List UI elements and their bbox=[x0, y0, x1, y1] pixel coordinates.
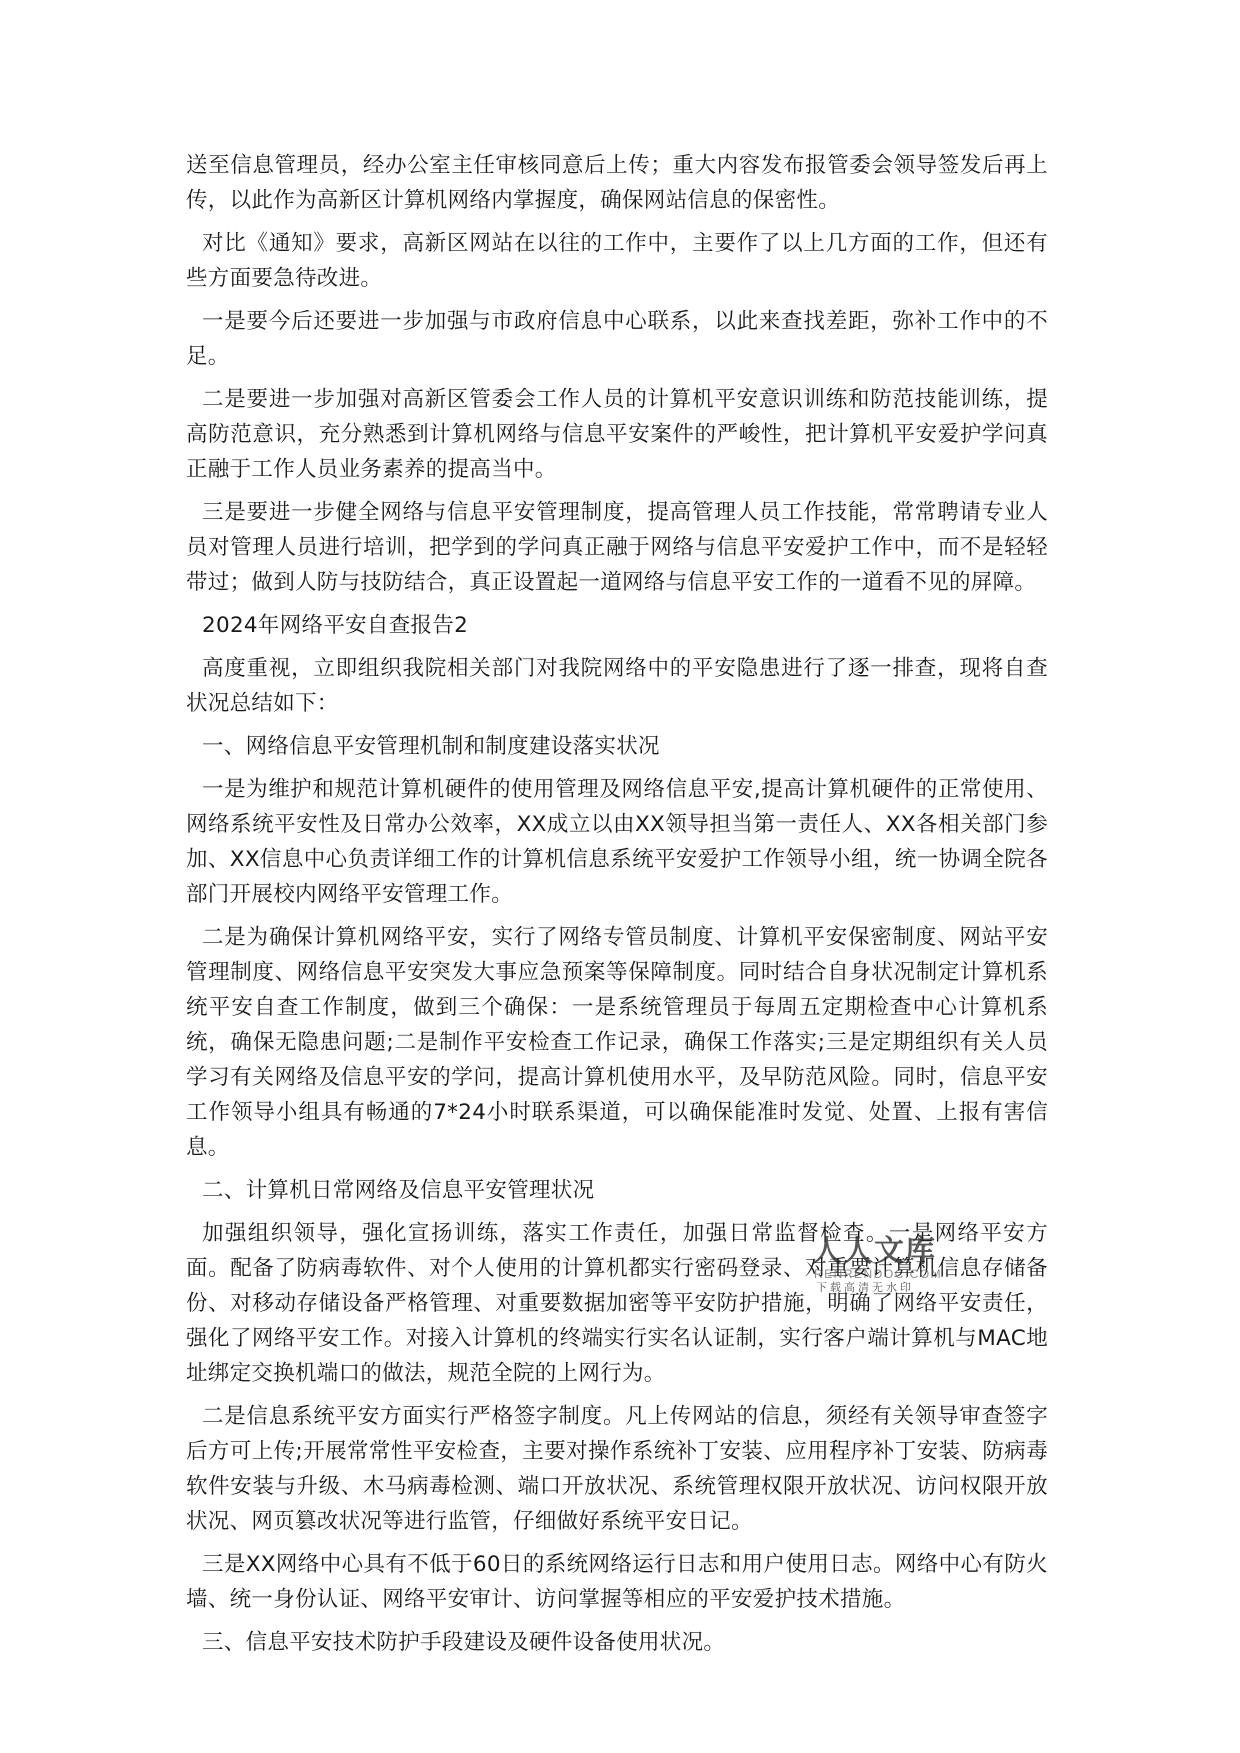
document-page: 送至信息管理员，经办公室主任审核同意后上传；重大内容发布报管委会领导签发后再上传… bbox=[186, 148, 1048, 1668]
section-heading-2: 二、计算机日常网络及信息平安管理状况 bbox=[186, 1173, 1048, 1208]
report-title-2: 2024年网络平安自查报告2 bbox=[186, 608, 1048, 643]
paragraph-section1-item2: 二是为确保计算机网络平安，实行了网络专管员制度、计算机平安保密制度、网站平安管理… bbox=[186, 920, 1048, 1165]
section-heading-1: 一、网络信息平安管理机制和制度建设落实状况 bbox=[186, 729, 1048, 764]
paragraph-intro: 高度重视，立即组织我院相关部门对我院网络中的平安隐患进行了逐一排查，现将自查状况… bbox=[186, 651, 1048, 721]
paragraph-5: 三是要进一步健全网络与信息平安管理制度，提高管理人员工作技能，常常聘请专业人员对… bbox=[186, 495, 1048, 600]
paragraph-section1-item1: 一是为维护和规范计算机硬件的使用管理及网络信息平安,提高计算机硬件的正常使用、网… bbox=[186, 772, 1048, 912]
paragraph-section2-item1: 加强组织领导，强化宣扬训练，落实工作责任，加强日常监督检查。一是网络平安方面。配… bbox=[186, 1216, 1048, 1391]
paragraph-section2-item2: 二是信息系统平安方面实行严格签字制度。凡上传网站的信息，须经有关领导审查签字后方… bbox=[186, 1399, 1048, 1539]
section-heading-3: 三、信息平安技术防护手段建设及硬件设备使用状况。 bbox=[186, 1625, 1048, 1660]
paragraph-3: 一是要今后还要进一步加强与市政府信息中心联系，以此来查找差距，弥补工作中的不足。 bbox=[186, 304, 1048, 374]
paragraph-4: 二是要进一步加强对高新区管委会工作人员的计算机平安意识训练和防范技能训练，提高防… bbox=[186, 382, 1048, 487]
paragraph-2: 对比《通知》要求，高新区网站在以往的工作中，主要作了以上几方面的工作，但还有些方… bbox=[186, 226, 1048, 296]
paragraph-1: 送至信息管理员，经办公室主任审核同意后上传；重大内容发布报管委会领导签发后再上传… bbox=[186, 148, 1048, 218]
paragraph-section2-item3: 三是XX网络中心具有不低于60日的系统网络运行日志和用户使用日志。网络中心有防火… bbox=[186, 1547, 1048, 1617]
